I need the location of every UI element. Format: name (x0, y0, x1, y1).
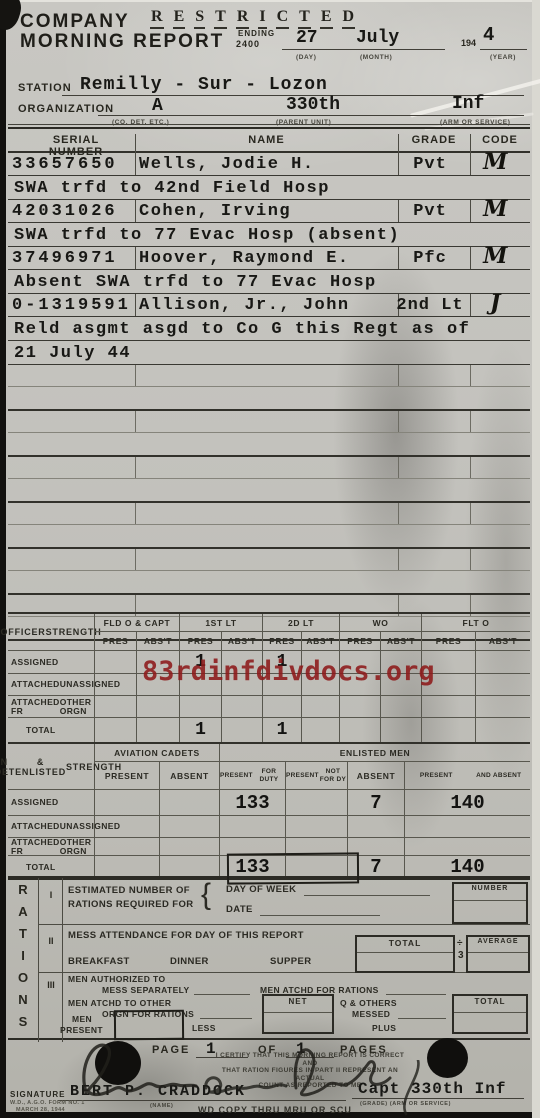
organization-parent-unit: 330th (286, 95, 340, 115)
column-divider-tick (470, 503, 471, 524)
enlisted-value-cell (160, 856, 220, 878)
enlisted-value-cell (160, 790, 220, 816)
officer-row-label: ATTACHEDUNASSIGNED (8, 674, 95, 696)
rations-vertical-letter: T (8, 926, 38, 941)
enlisted-strength-title-line: AVN CADET (0, 757, 15, 777)
date-label: DATE (226, 904, 253, 915)
roster-remark-row: Absent SWA trfd to 77 Evac Hosp (8, 270, 530, 294)
officer-value-cell (222, 718, 263, 742)
officer-value-cell (422, 718, 476, 742)
column-divider-tick (470, 457, 471, 478)
officer-strength-title-line: OFFICER (1, 627, 46, 637)
entry-remark: SWA trfd to 42nd Field Hosp (14, 179, 330, 198)
column-divider-tick (135, 457, 136, 478)
entry-code-handwritten: M (468, 149, 524, 175)
rations-section: RATIONS I II III ESTIMATED NUMBER OF RAT… (8, 876, 530, 1040)
officer-value-cell (476, 674, 530, 696)
entry-serial-number: 0-1319591 (12, 296, 131, 315)
blank-roster-line (8, 411, 530, 433)
organization-unit: A (152, 96, 163, 116)
entry-grade: Pvt (390, 202, 470, 221)
blank-roster-line (8, 457, 530, 479)
organization-underline (98, 115, 524, 116)
rations-vertical-letter: N (8, 992, 38, 1007)
day-of-week-label: DAY OF WEEK (226, 884, 296, 895)
blank-roster-line (8, 571, 530, 595)
roster-table: SERIAL NUMBER NAME GRADE CODE 33657650We… (8, 131, 530, 641)
officer-value-cell (95, 718, 137, 742)
blank-roster-line (8, 365, 530, 387)
station-label: STATION (18, 82, 72, 94)
enlisted-value-cell: 133 (220, 790, 286, 816)
restricted-letter: I (258, 8, 266, 29)
officer-subcolumn-header: PRES (263, 632, 302, 651)
column-divider-tick (398, 503, 399, 524)
officer-subcolumn-header: PRES (340, 632, 381, 651)
enlisted-subcolumn-header: ABSENT (160, 762, 220, 790)
mess-total-label: TOTAL (357, 938, 453, 948)
entry-remark: 21 July 44 (14, 344, 131, 363)
enlisted-subcolumn-header-line: PRESENT (286, 772, 319, 780)
entry-grade: Pfc (390, 249, 470, 268)
column-divider-tick (135, 200, 136, 222)
blank-roster-line (8, 503, 530, 525)
roster-remark-row: 21 July 44 (8, 341, 530, 365)
officer-value-cell (381, 718, 422, 742)
entry-code-handwritten: M (468, 196, 524, 222)
enlisted-value-cell (405, 816, 530, 838)
enlisted-subcolumn-header: PRESENT (95, 762, 160, 790)
officer-row-label: ASSIGNED (8, 651, 95, 674)
classification-restricted: RESTRICTED (150, 8, 364, 29)
enlisted-value-cell (95, 790, 160, 816)
col-name: NAME (135, 134, 398, 146)
scanned-morning-report-photo: COMPANY MORNING REPORT RESTRICTED ENDING… (0, 0, 540, 1118)
enlisted-row-label-line: ATTACHED FR (11, 838, 60, 856)
officer-value-cell (137, 718, 180, 742)
roster-entry-row: 0-1319591Allison, Jr., John2nd LtJ (8, 294, 530, 317)
hand-drawn-emphasis-box (227, 852, 359, 884)
enlisted-value-cell: 140 (405, 790, 530, 816)
column-divider-tick (135, 247, 136, 269)
enlisted-subcolumn-header: PRESENTAND ABSENT (405, 762, 530, 790)
officer-row-label-line: ATTACHED (11, 680, 60, 689)
officer-value-cell (340, 696, 381, 718)
column-divider-tick (398, 457, 399, 478)
entry-serial-number: 37496971 (12, 249, 118, 268)
enlisted-strength-title: AVN CADET& ENLISTEDSTRENGTH (8, 744, 95, 790)
restricted-letter: T (298, 8, 311, 29)
enlisted-value-cell (348, 816, 405, 838)
entry-code-handwritten: M (468, 243, 524, 269)
enlisted-row-label: TOTAL (8, 856, 95, 878)
officer-value-cell (422, 696, 476, 718)
restricted-letter: D (342, 8, 356, 29)
rations-total-box: TOTAL (452, 994, 528, 1034)
entry-name: Allison, Jr., John (139, 296, 350, 315)
officer-row-label: ATTACHED FROTHER ORGN (8, 696, 95, 718)
enlisted-value-cell (286, 816, 348, 838)
enlisted-row-label-line: ATTACHED (11, 822, 60, 831)
entry-remark: SWA trfd to 77 Evac Hosp (absent) (14, 226, 400, 245)
officer-value-cell (302, 696, 340, 718)
officer-group-header: FLD O & CAPT (95, 614, 180, 632)
roster-remark-row: SWA trfd to 77 Evac Hosp (absent) (8, 223, 530, 247)
watermark-text: 83rdinfdivdocs.org (142, 656, 435, 687)
enlisted-strength-title-line: & ENLISTED (15, 757, 66, 777)
form-date: MARCH 28, 1944 (16, 1107, 65, 1113)
column-divider-tick (470, 365, 471, 386)
restricted-letter: R (236, 8, 250, 29)
ending-label: ENDING (238, 29, 275, 38)
officer-subcolumn-header: PRES (95, 632, 137, 651)
number-box: NUMBER (452, 882, 528, 924)
section-2-numeral: II (40, 936, 62, 946)
officer-value-cell (381, 696, 422, 718)
enlisted-value-cell: 7 (348, 790, 405, 816)
dinner-label: DINNER (170, 956, 209, 967)
roster-entry-row: 42031026Cohen, IrvingPvtM (8, 200, 530, 223)
q-and-others-line1: Q & OTHERS (340, 998, 397, 1008)
organization-label: ORGANIZATION (18, 103, 114, 115)
men-label: MEN (72, 1014, 92, 1024)
column-divider-tick (135, 549, 136, 570)
restricted-letter: E (320, 8, 333, 29)
officer-subcolumn-header: ABS'T (137, 632, 180, 651)
officer-subcolumn-header: PRES (180, 632, 222, 651)
officer-value-cell: 1 (180, 718, 222, 742)
officer-value-cell (222, 696, 263, 718)
enlisted-value-cell (95, 838, 160, 856)
double-rule-thin (8, 124, 530, 125)
form-title-company: COMPANY (20, 11, 130, 33)
divide-sign: ÷ (457, 938, 463, 949)
divisor-three: 3 (458, 950, 464, 961)
blank-roster-line (8, 549, 530, 571)
photo-right-edge (532, 0, 540, 1118)
blank-roster-line (8, 525, 530, 549)
blank-roster-line (8, 387, 530, 411)
enlisted-subcolumn-header: PRESENTFOR DUTY (220, 762, 286, 790)
breakfast-label: BREAKFAST (68, 956, 130, 967)
restricted-letter: R (150, 8, 164, 29)
entry-name: Wells, Jodie H. (139, 155, 315, 174)
officer-value-cell (302, 718, 340, 742)
net-box: NET (262, 994, 334, 1034)
number-box-label: NUMBER (454, 885, 526, 892)
estimated-rations-line2: RATIONS REQUIRED FOR (68, 899, 194, 910)
brace-glyph: { (201, 878, 211, 912)
officer-value-cell (340, 718, 381, 742)
enlisted-value-cell (220, 816, 286, 838)
enlisted-row-label: ASSIGNED (8, 790, 95, 816)
enlisted-value-cell (405, 838, 530, 856)
enlisted-men-group-header: ENLISTED MEN (220, 744, 530, 762)
officer-strength-title: OFFICERSTRENGTH (8, 614, 95, 651)
column-divider-tick (135, 503, 136, 524)
net-box-label: NET (264, 997, 332, 1006)
enlisted-value-cell: 140 (405, 856, 530, 878)
column-divider-tick (135, 153, 136, 175)
aviation-cadets-group-header: AVIATION CADETS (95, 744, 220, 762)
roster-entry-row: 33657650Wells, Jodie H.PvtM (8, 153, 530, 176)
supper-label: SUPPER (270, 956, 311, 967)
entry-code-handwritten: J (468, 290, 524, 316)
column-divider-tick (135, 294, 136, 316)
rations-vertical-letter: O (8, 970, 38, 985)
column-divider-tick (398, 365, 399, 386)
enlisted-subcolumn-header-line: FOR DUTY (253, 768, 285, 783)
col-code: CODE (470, 134, 530, 146)
officer-value-cell (95, 674, 137, 696)
blank-roster-line (8, 479, 530, 503)
enlisted-value-cell (95, 816, 160, 838)
year-underline (480, 49, 527, 50)
col-grade: GRADE (398, 134, 470, 146)
restricted-letter: E (173, 8, 186, 29)
ending-time: 2400 (236, 39, 260, 49)
enlisted-subcolumn-header-line: AND ABSENT (468, 772, 531, 780)
restricted-letter: T (214, 8, 227, 29)
entry-serial-number: 42031026 (12, 202, 118, 221)
officer-value-cell (476, 651, 530, 674)
year-prefix: 194 (461, 38, 476, 48)
officer-value-cell (476, 718, 530, 742)
roster-remark-row: Reld asgmt asgd to Co G this Regt as of (8, 317, 530, 341)
average-box-label: AVERAGE (468, 938, 528, 945)
report-month: July (356, 28, 399, 48)
rations-total-label: TOTAL (454, 997, 526, 1006)
officer-group-header: 2D LT (263, 614, 340, 632)
officer-strength-title-line: STRENGTH (46, 627, 102, 637)
rations-vertical-letter: S (8, 1014, 38, 1029)
year-caption: (YEAR) (490, 54, 516, 61)
mess-attendance-title: MESS ATTENDANCE FOR DAY OF THIS REPORT (68, 930, 304, 941)
entry-name: Cohen, Irving (139, 202, 291, 221)
report-year: 4 (483, 24, 494, 46)
officer-subcolumn-header: ABS'T (381, 632, 422, 651)
enlisted-value-cell (160, 838, 220, 856)
men-authorized-line1: MEN AUTHORIZED TO (68, 974, 165, 984)
enlisted-row-label: ATTACHEDUNASSIGNED (8, 816, 95, 838)
signature-label: SIGNATURE (10, 1090, 66, 1099)
entry-serial-number: 33657650 (12, 155, 118, 174)
entry-remark: Absent SWA trfd to 77 Evac Hosp (14, 273, 377, 292)
officer-row-label-line: ATTACHED FR (11, 698, 60, 716)
blank-roster-line (8, 433, 530, 457)
officer-row-label-line: OTHER ORGN (60, 698, 94, 716)
roster-header-row: SERIAL NUMBER NAME GRADE CODE (8, 131, 530, 153)
officer-group-header: 1ST LT (180, 614, 263, 632)
average-box: AVERAGE (466, 935, 530, 973)
officer-value-cell (180, 696, 222, 718)
officer-value-cell (95, 696, 137, 718)
officer-group-header: WO (340, 614, 422, 632)
double-rule-thick (8, 127, 530, 129)
enlisted-row-label-line: OTHER ORGN (60, 838, 94, 856)
restricted-letter: S (194, 8, 205, 29)
officer-value-cell (263, 696, 302, 718)
roster-entry-row: 37496971Hoover, Raymond E.PfcM (8, 247, 530, 270)
enlisted-subcolumn-header-line: NOT FOR DY (319, 768, 347, 783)
enlisted-value-cell (160, 816, 220, 838)
officer-value-cell (137, 696, 180, 718)
rations-vertical-letter: A (8, 904, 38, 919)
estimated-rations-line1: ESTIMATED NUMBER OF (68, 885, 190, 896)
enlisted-value-cell (95, 856, 160, 878)
entry-remark: Reld asgmt asgd to Co G this Regt as of (14, 320, 470, 339)
column-divider-tick (398, 411, 399, 432)
month-caption: (MONTH) (360, 54, 392, 61)
q-and-others-line2: MESSED (352, 1009, 390, 1019)
officer-subcolumn-header: ABS'T (302, 632, 340, 651)
officer-group-header: FLT O (422, 614, 530, 632)
men-authorized-line2: MESS SEPARATELY (102, 985, 190, 995)
entry-grade: Pvt (390, 155, 470, 174)
enlisted-subcolumn-header: PRESENTNOT FOR DY (286, 762, 348, 790)
section-1-numeral: I (40, 890, 62, 900)
station-value: Remilly - Sur - Lozon (80, 75, 328, 95)
enlisted-subcolumn-header-line: PRESENT (405, 772, 468, 780)
report-day: 27 (296, 28, 318, 48)
entry-name: Hoover, Raymond E. (139, 249, 350, 268)
enlisted-subcolumn-header: ABSENT (348, 762, 405, 790)
officer-row-label: TOTAL (8, 718, 95, 742)
officer-value-cell (476, 696, 530, 718)
enlisted-value-cell (286, 790, 348, 816)
officer-value-cell: 1 (263, 718, 302, 742)
column-divider-tick (470, 411, 471, 432)
entry-grade: 2nd Lt (390, 296, 470, 315)
men-atchd-other-line1: MEN ATCHD TO OTHER (68, 998, 171, 1008)
handwritten-signature (72, 1032, 402, 1110)
column-divider-tick (398, 549, 399, 570)
rations-vertical-letter: R (8, 882, 38, 897)
officer-subcolumn-header: ABS'T (476, 632, 530, 651)
column-divider-tick (135, 411, 136, 432)
column-divider-tick (470, 549, 471, 570)
officer-value-cell (95, 651, 137, 674)
officer-subcolumn-header: PRES (422, 632, 476, 651)
roster-remark-row: SWA trfd to 42nd Field Hosp (8, 176, 530, 200)
day-caption: (DAY) (296, 54, 316, 61)
signature-stroke (390, 1060, 450, 1118)
enlisted-subcolumn-header-line: PRESENT (220, 772, 253, 780)
organization-arm: Inf (452, 94, 484, 114)
date-underline (282, 49, 445, 50)
column-divider-tick (135, 365, 136, 386)
restricted-letter: C (276, 8, 290, 29)
enlisted-row-label: ATTACHED FROTHER ORGN (8, 838, 95, 856)
rations-vertical-letter: I (8, 948, 38, 963)
section-3-numeral: III (40, 980, 62, 990)
mess-total-box: TOTAL (355, 935, 455, 973)
form-title-morning-report: MORNING REPORT (20, 31, 224, 53)
officer-subcolumn-header: ABS'T (222, 632, 263, 651)
